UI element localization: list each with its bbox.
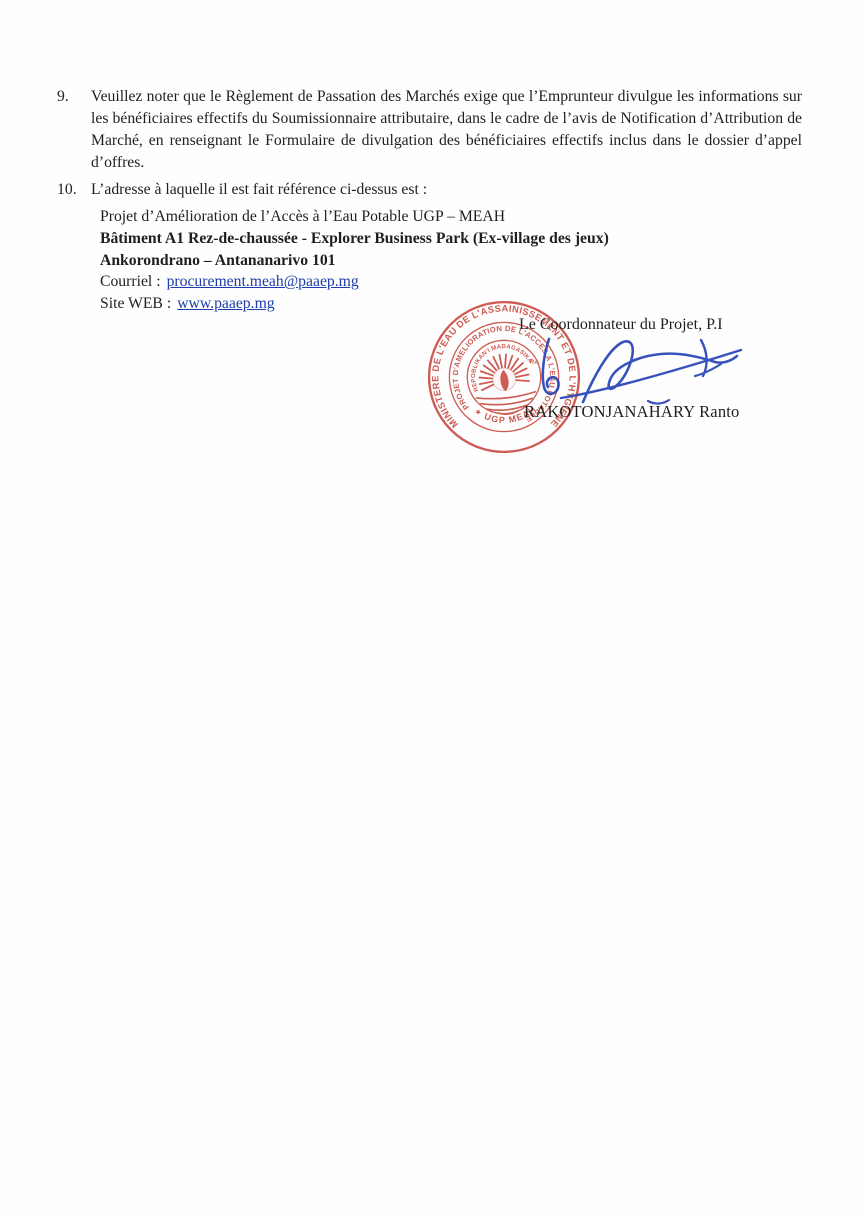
address-line-city: Ankorondrano – Antananarivo 101 <box>100 250 609 272</box>
address-line-email: Courriel :procurement.meah@paaep.mg <box>100 271 609 293</box>
email-link[interactable]: procurement.meah@paaep.mg <box>167 273 359 290</box>
list-number-9: 9. <box>57 86 91 174</box>
address-line-project: Projet d’Amélioration de l’Accès à l’Eau… <box>100 206 609 228</box>
list-item-10: 10. L’adresse à laquelle il est fait réf… <box>57 179 802 201</box>
website-link[interactable]: www.paaep.mg <box>177 295 274 312</box>
stamp-star: ★ <box>472 406 484 418</box>
document-page: 9. Veuillez noter que le Règlement de Pa… <box>0 0 861 1217</box>
paragraph-10-text: L’adresse à laquelle il est fait référen… <box>91 179 427 201</box>
paragraph-9-text: Veuillez noter que le Règlement de Passa… <box>91 86 802 174</box>
list-number-10: 10. <box>57 179 91 201</box>
list-item-9: 9. Veuillez noter que le Règlement de Pa… <box>57 86 802 174</box>
signatory-name: RAKOTONJANAHARY Ranto <box>524 402 740 422</box>
website-label: Site WEB : <box>100 295 171 312</box>
email-label: Courriel : <box>100 273 161 290</box>
address-line-building: Bâtiment A1 Rez-de-chaussée - Explorer B… <box>100 228 609 250</box>
